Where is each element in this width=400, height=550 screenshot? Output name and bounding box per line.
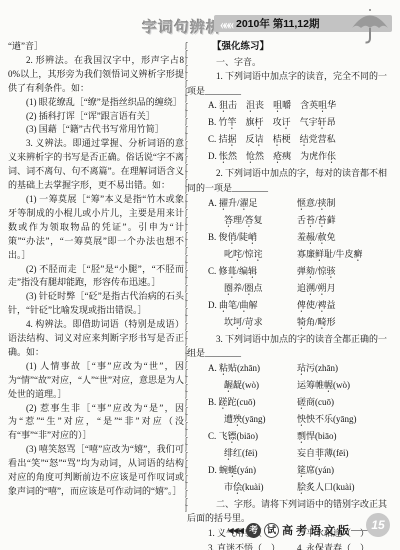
emphasized-char: 磋 <box>297 397 306 407</box>
exercise-line: 答理/答复舌苔/苔藓 <box>224 213 392 230</box>
emphasized-char: 竿 <box>228 117 237 127</box>
emphasized-char: 杆 <box>255 117 264 127</box>
column-divider-squiggle: ʃʃʃʃʃʃʃʃʃʃʃʃʃʃʃʃʃʃʃʃʃʃʃʃʃʃʃʃʃʃʃʃʃʃʃʃʃʃʃʃ… <box>185 42 190 512</box>
exercise-line: 市侩(kuài)脍炙人口(kuài) <box>224 480 392 497</box>
emphasized-char: 圈 <box>245 283 254 293</box>
emphasized-char: 脍 <box>297 482 306 492</box>
article-paragraph: (2) 插科打诨［“诨”跟言语有关］ <box>8 110 184 124</box>
emphasized-char: 镖 <box>228 431 237 441</box>
brand-text: 高考语文版 <box>282 522 352 538</box>
exercise-line: 2. 下列词语中加点的字，每对的读音都不相同的一项是________ <box>187 166 392 195</box>
emphasized-char: 结 <box>300 134 309 144</box>
emphasized-char: 鲜 <box>315 249 324 259</box>
emphasized-char: 俾 <box>297 300 306 310</box>
brand-circle-shi: 试 <box>264 523 279 538</box>
exercise-line: D. 蜿蜒(yán)筵席(yán) <box>208 463 392 480</box>
exercise-line: 遭殃(yāng)怏怏不乐(yāng) <box>224 412 392 429</box>
emphasized-char: 劾 <box>306 266 315 276</box>
emphasized-char: 苛 <box>245 317 254 327</box>
article-paragraph: (2) 惹事生非［“事”应改为“是”，因为“惹”“生”对应，“是”“非”对应（没… <box>8 402 184 444</box>
exercise-line: A. 狙击 沮丧 咀嚼 含英咀华 <box>208 98 392 115</box>
emphasized-char: 侩 <box>233 482 242 492</box>
page-number-badge: 15 <box>366 513 390 537</box>
emphasized-char: 筵 <box>297 465 306 475</box>
emphasized-char: 惬 <box>297 198 306 208</box>
emphasized-char: 赦 <box>318 232 327 242</box>
emphasized-char: 剽 <box>297 431 306 441</box>
emphasized-char: 圈 <box>224 283 233 293</box>
emphasized-char: 沮 <box>246 100 255 110</box>
exercise-line: C. 修葺/编辑弹劾/惊骇 <box>208 264 392 281</box>
emphasized-char: 怆 <box>246 151 255 161</box>
emphasized-char: 粘 <box>219 363 228 373</box>
emphasized-char: 据 <box>228 134 237 144</box>
exercise-line: B. 竹竿 旗杆 攻讦 气宇轩昂 <box>208 115 392 132</box>
emphasized-char: 玷 <box>297 363 306 373</box>
exercise-line: B. 蹉跎(cuō)磋商(cuō) <box>208 395 392 412</box>
emphasized-char: 骇 <box>327 266 336 276</box>
emphasized-char: 殃 <box>233 414 242 424</box>
article-paragraph: (2) 不胫而走［“胫”是“小腿”，“不胫而走”指没有腿却能跑，形容传布迅速。］ <box>8 263 184 291</box>
article-paragraph: (1) 眼花缭乱［“缭”是指丝织品的缠绕］ <box>8 96 184 110</box>
emphasized-char: 讦 <box>282 117 291 127</box>
exercise-line: 绯红(fēi)妄自菲薄(fēi) <box>224 446 392 463</box>
emphasized-char: 蜒 <box>228 465 237 475</box>
emphasized-char: 桔 <box>273 134 282 144</box>
emphasized-char: 曲 <box>219 300 228 310</box>
article-paragraph: 4. 构辨法。即借助词语（特别是成语）语法结构、词义对应来判断字形书写是否正确。… <box>8 318 184 360</box>
article-paragraph: “遒”音］ <box>8 40 184 54</box>
emphasized-char: 濯 <box>240 198 249 208</box>
emphasized-char: 伥 <box>327 151 336 161</box>
exercise-line: C. 飞镖(biāo)剽悍(biāo) <box>208 429 392 446</box>
article-paragraph: (3) 针砭时弊［“砭”是指古代治病的石头针，“针砭”比喻发现或指出错误。］ <box>8 290 184 318</box>
exercise-line: C. 拮据 反诘 桔梗 结党营私 <box>208 132 392 149</box>
emphasized-char: 赧 <box>306 232 315 242</box>
exercise-line: 一、字音。 <box>187 55 392 70</box>
exercise-line: 龌龊(wò)运筹帷幄(wò) <box>224 378 392 395</box>
emphasized-char: 龌 <box>224 380 233 390</box>
left-article-column: “遒”音］2. 形辨法。在我国汉字中，形声字占80%以上，其形旁为我们领悟词义辨… <box>8 40 184 499</box>
exercise-line: 圈养/圈点追溯/朔月 <box>224 281 392 298</box>
article-paragraph: (1) 一筹莫展［“筹”本义是指“竹木或象牙等制成的小棍儿或小片儿，主要是用来计… <box>8 193 184 263</box>
article-paragraph: (1) 人情事故［“事”应改为“世”，因为“情”“故”对应，“人”“世”对应，意… <box>8 360 184 402</box>
emphasized-char: 菲 <box>315 448 324 458</box>
emphasized-char: 俏 <box>228 232 237 242</box>
article-paragraph: 3. 义辨法。即通过掌握、分析词语的意义来辨析字的书写是否正确。俗话说“字不离词… <box>8 137 184 193</box>
issue-bar: ««« 2010年 第11,12期 <box>214 15 392 32</box>
article-paragraph: (3) 国藉［“籍”古代书写常用竹简］ <box>8 123 184 137</box>
emphasized-char: 怅 <box>219 151 228 161</box>
emphasized-char: 犄 <box>297 317 306 327</box>
emphasized-char: 诘 <box>255 134 264 144</box>
issue-label: 2010年 第11,12期 <box>236 16 319 31</box>
exercise-column: 【强化练习】一、字音。1. 下列词语中加点字的读音，完全不同的一项是______… <box>198 40 392 550</box>
exercise-line: 叱咤/惊诧寡廉鲜耻/牛皮癣 <box>224 247 392 264</box>
emphasized-char: 擢 <box>219 198 228 208</box>
emphasized-char: 癣 <box>354 249 363 259</box>
emphasized-char: 咤 <box>233 249 242 259</box>
emphasized-char: 苔 <box>306 215 315 225</box>
emphasized-char: 葺 <box>228 266 237 276</box>
exercise-line: 1. 下列词语中加点字的读音，完全不同的一项是________ <box>187 69 392 98</box>
page-header: 字词句辨析 ««« 2010年 第11,12期 <box>0 10 400 38</box>
emphasized-char: 溯 <box>306 283 315 293</box>
emphasized-char: 坷 <box>233 317 242 327</box>
exercise-line: 3. 下列词语中加点的字的读音全都正确的一组是________ <box>187 332 392 361</box>
emphasized-char: 绯 <box>224 448 233 458</box>
exercise-line: D. 曲笔/曲解俾使/裨益 <box>208 298 392 315</box>
emphasized-char: 挟 <box>318 198 327 208</box>
article-paragraph: (3) 嘻笑怒骂［“嘻”应改为“嬉”，我们可看出“笑”“怒”“骂”均为动词，从词… <box>8 443 184 499</box>
emphasized-char: 辑 <box>248 266 257 276</box>
emphasized-char: 答 <box>224 215 233 225</box>
exercise-line: 【强化练习】 <box>212 40 392 55</box>
emphasized-char: 蹉 <box>219 397 228 407</box>
brand-circle-kao: 考 <box>246 523 261 538</box>
emphasized-char: 咀 <box>273 100 282 110</box>
exercise-line: A. 粘贴(zhān)玷污(zhān) <box>208 361 392 378</box>
emphasized-char: 轩 <box>318 117 327 127</box>
emphasized-char: 疮 <box>273 151 282 161</box>
triple-arrow-left-icon: ◀◀◀ <box>228 526 243 535</box>
emphasized-char: 畸 <box>318 317 327 327</box>
article-paragraph: 2. 形辨法。在我国汉字中，形声字占80%以上，其形旁为我们领悟词义辨析字形提供… <box>8 54 184 96</box>
exercise-line: 坎坷/苛求犄角/畸形 <box>224 315 392 332</box>
emphasized-char: 曲 <box>240 300 249 310</box>
emphasized-char: 狙 <box>219 100 228 110</box>
emphasized-char: 朔 <box>318 283 327 293</box>
page-footer: ◀◀◀ 考 试 高考语文版 15 <box>228 518 390 542</box>
emphasized-char: 咀 <box>318 100 327 110</box>
exercise-line: B. 俊俏/陡峭羞赧/赦免 <box>208 230 392 247</box>
exercise-line: A. 擢升/濯足惬意/挟制 <box>208 196 392 213</box>
exercise-line: D. 怅然 怆然 疮痍 为虎作伥 <box>208 149 392 166</box>
emphasized-char: 裨 <box>318 300 327 310</box>
section-title: 字词句辨析 <box>142 16 222 37</box>
emphasized-char: 诧 <box>254 249 263 259</box>
chevrons-left-icon: ««« <box>220 16 232 30</box>
emphasized-char: 苔 <box>318 215 327 225</box>
emphasized-char: 幄 <box>324 380 333 390</box>
emphasized-char: 怏 <box>297 414 306 424</box>
emphasized-char: 峭 <box>248 232 257 242</box>
emphasized-char: 答 <box>245 215 254 225</box>
